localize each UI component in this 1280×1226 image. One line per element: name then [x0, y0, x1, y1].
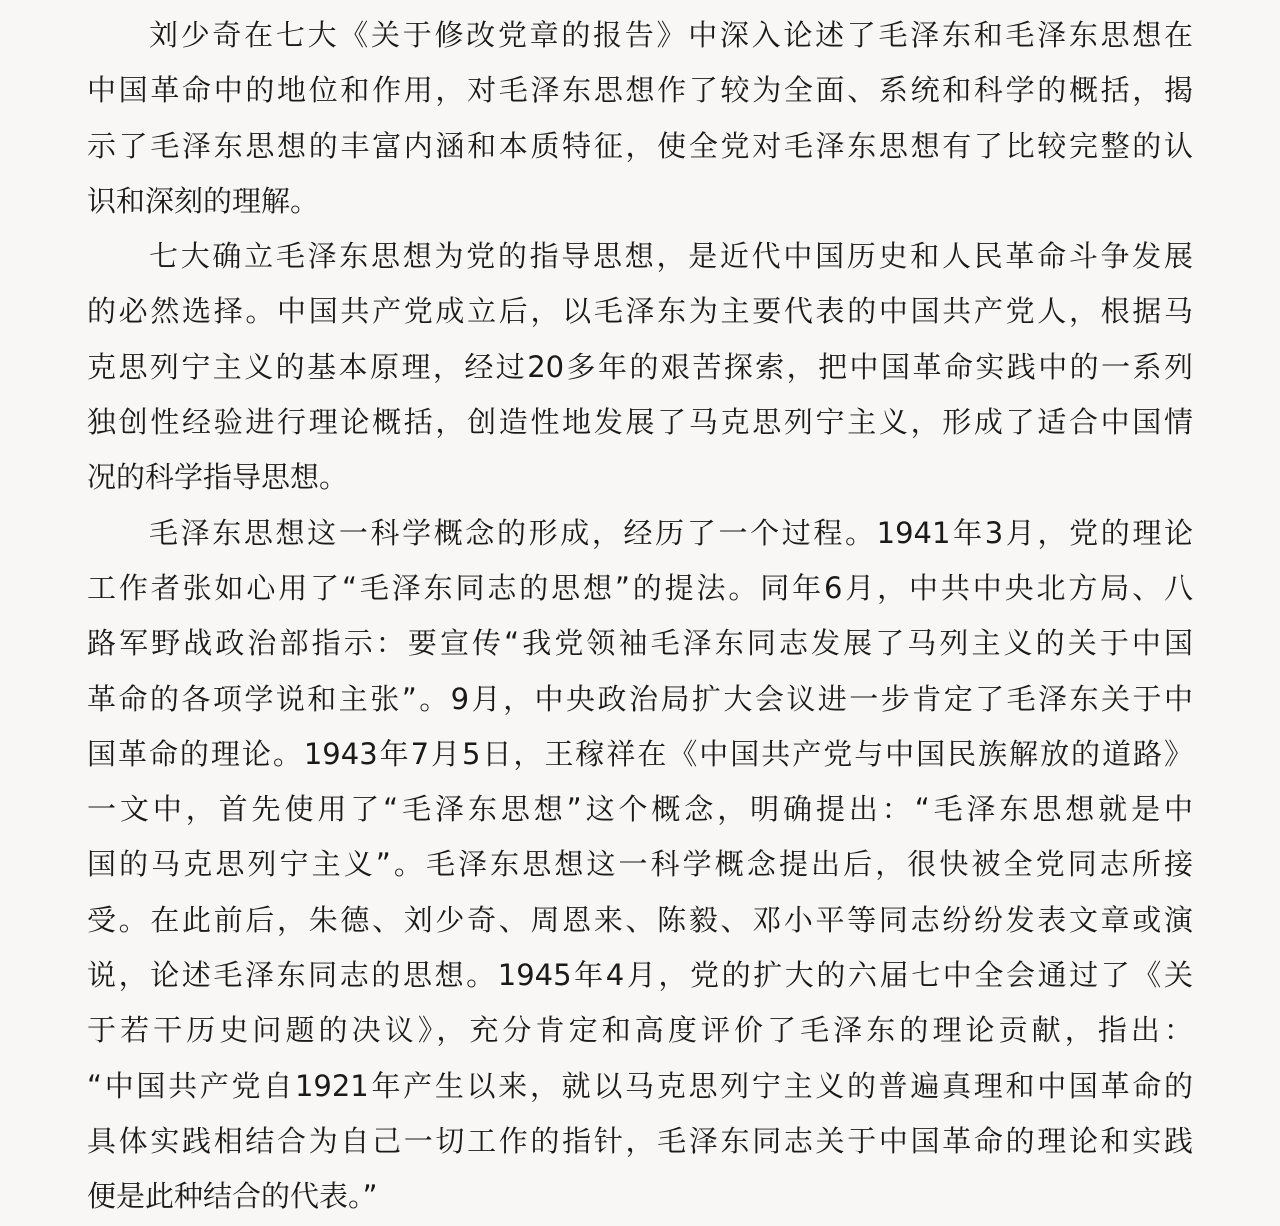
- paragraph-3: 毛泽东思想这一科学概念的形成，经历了一个过程。1941年3月，党的理论 工作者张…: [87, 510, 1193, 1226]
- text-line: 识和深刻的理解。: [87, 178, 1193, 233]
- text-line: 刘少奇在七大《关于修改党章的报告》中深入论述了毛泽东和毛泽东思想在: [87, 12, 1193, 67]
- text-line: 路军野战政治部指示：要宣传“我党领袖毛泽东同志发展了马列主义的关于中国: [87, 620, 1193, 675]
- text-line: 示了毛泽东思想的丰富内涵和本质特征，使全党对毛泽东思想有了比较完整的认: [87, 123, 1193, 178]
- text-line: 国的马克思列宁主义”。毛泽东思想这一科学概念提出后，很快被全党同志所接: [87, 841, 1193, 896]
- paragraph-2: 七大确立毛泽东思想为党的指导思想，是近代中国历史和人民革命斗争发展 的必然选择。…: [87, 233, 1193, 509]
- text-line: 独创性经验进行理论概括，创造性地发展了马克思列宁主义，形成了适合中国情: [87, 399, 1193, 454]
- text-line: 受。在此前后，朱德、刘少奇、周恩来、陈毅、邓小平等同志纷纷发表文章或演: [87, 897, 1193, 952]
- text-line: 说，论述毛泽东同志的思想。1945年4月，党的扩大的六届七中全会通过了《关: [87, 952, 1193, 1007]
- document-page: 刘少奇在七大《关于修改党章的报告》中深入论述了毛泽东和毛泽东思想在 中国革命中的…: [87, 12, 1193, 1226]
- text-line: 中国革命中的地位和作用，对毛泽东思想作了较为全面、系统和科学的概括，揭: [87, 67, 1193, 122]
- text-line: 于若干历史问题的决议》，充分肯定和高度评价了毛泽东的理论贡献，指出：: [87, 1007, 1193, 1062]
- text-line: 况的科学指导思想。: [87, 454, 1193, 509]
- text-line: “中国共产党自1921年产生以来，就以马克思列宁主义的普遍真理和中国革命的: [87, 1063, 1193, 1118]
- text-line: 毛泽东思想这一科学概念的形成，经历了一个过程。1941年3月，党的理论: [87, 510, 1193, 565]
- text-line: 革命的各项学说和主张”。9月，中央政治局扩大会议进一步肯定了毛泽东关于中: [87, 676, 1193, 731]
- text-line: 的必然选择。中国共产党成立后，以毛泽东为主要代表的中国共产党人，根据马: [87, 288, 1193, 343]
- text-line: 工作者张如心用了“毛泽东同志的思想”的提法。同年6月，中共中央北方局、八: [87, 565, 1193, 620]
- text-line: 国革命的理论。1943年7月5日，王稼祥在《中国共产党与中国民族解放的道路》: [87, 731, 1193, 786]
- text-line: 便是此种结合的代表。”: [87, 1173, 1193, 1226]
- text-line: 具体实践相结合为自己一切工作的指针，毛泽东同志关于中国革命的理论和实践: [87, 1118, 1193, 1173]
- text-line: 一文中，首先使用了“毛泽东思想”这个概念，明确提出：“毛泽东思想就是中: [87, 786, 1193, 841]
- text-line: 七大确立毛泽东思想为党的指导思想，是近代中国历史和人民革命斗争发展: [87, 233, 1193, 288]
- paragraph-1: 刘少奇在七大《关于修改党章的报告》中深入论述了毛泽东和毛泽东思想在 中国革命中的…: [87, 12, 1193, 233]
- text-line: 克思列宁主义的基本原理，经过20多年的艰苦探索，把中国革命实践中的一系列: [87, 344, 1193, 399]
